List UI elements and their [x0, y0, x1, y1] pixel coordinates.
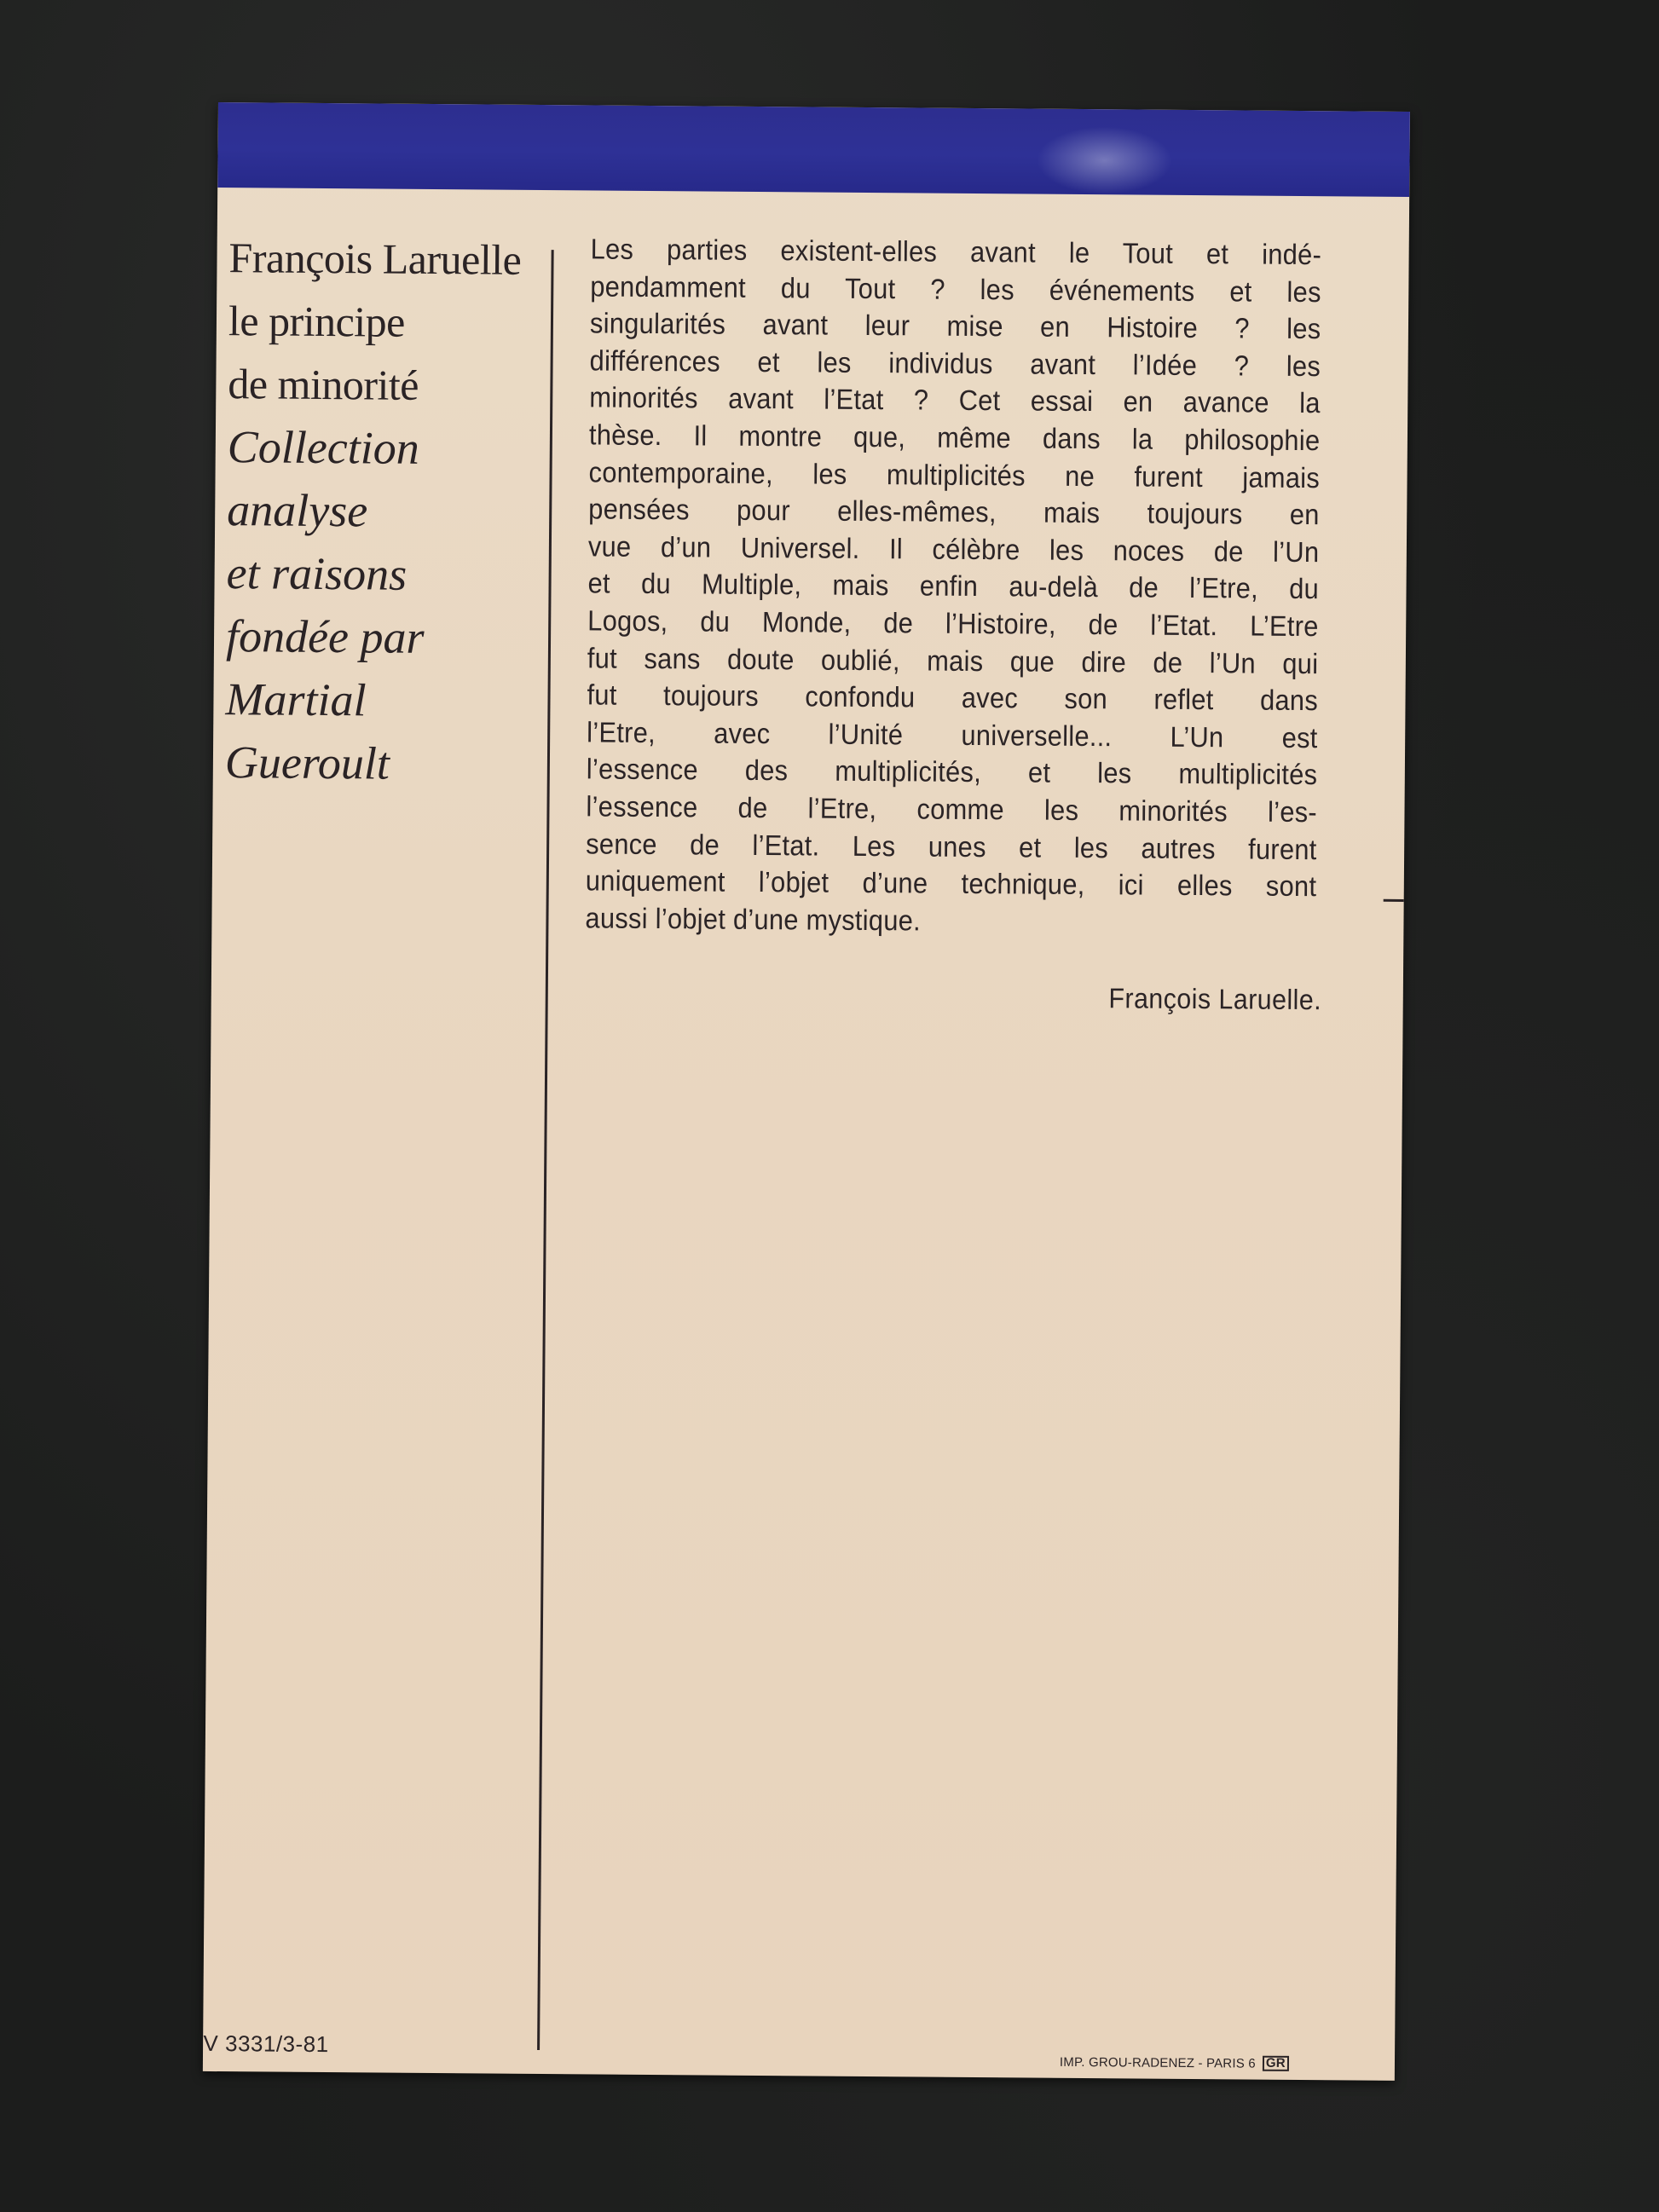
author-name: François Laruelle [228, 226, 553, 292]
blurb-line: l’essence de l’Etre, comme les minorités… [586, 788, 1317, 831]
blurb-line: thèse. Il montre que, même dans la philo… [589, 417, 1321, 459]
collection-line: et raisons [226, 541, 551, 607]
blurb-line: vue d’un Universel. Il célèbre les noces… [588, 528, 1320, 571]
edge-tick-mark [1384, 899, 1404, 902]
book-title-line-2: de minorité [228, 352, 552, 418]
blurb-line: fut toujours confondu avec son reflet da… [587, 678, 1318, 720]
blurb-line: aussi l’objet d’une mystique. [585, 900, 1316, 943]
blurb-line: Les parties existent-elles avant le Tout… [590, 231, 1321, 274]
blue-top-band [217, 102, 1410, 197]
book-back-cover: François Laruelle le principe de minorit… [203, 102, 1410, 2081]
catalog-code: FV 3331/3-81 [203, 2030, 329, 2058]
blurb-text: Les parties existent-elles avant le Tout… [585, 231, 1321, 943]
blurb-line: l’essence des multiplicités, et les mult… [587, 752, 1318, 794]
printer-logo-icon: GR [1263, 2056, 1289, 2071]
blurb-line: différences et les individus avant l’Idé… [589, 343, 1321, 385]
imprint-text: IMP. GROU-RADENEZ - PARIS 6 [1060, 2054, 1256, 2071]
collection-line: analyse [227, 478, 552, 544]
blurb-line: et du Multiple, mais enfin au-delà de l’… [587, 566, 1319, 609]
blurb-line: pendamment du Tout ? les événements et l… [590, 269, 1321, 311]
glare-highlight [1036, 126, 1173, 195]
collection-line: Martial [225, 667, 550, 733]
blurb-line: pensées pour elles-mêmes, mais toujours … [588, 492, 1320, 534]
book-title-line-1: le principe [228, 289, 553, 355]
blurb-line: fut sans doute oublié, mais que dire de … [587, 640, 1319, 683]
printer-imprint: IMP. GROU-RADENEZ - PARIS 6 GR [1060, 2054, 1289, 2071]
blurb-line: minorités avant l’Etat ? Cet essai en av… [589, 380, 1321, 423]
collection-line: Gueroult [225, 731, 550, 796]
collection-line: Collection [228, 415, 552, 481]
collection-line: fondée par [226, 604, 551, 670]
blurb-signature: François Laruelle. [1108, 982, 1321, 1016]
blurb-line: l’Etre, avec l’Unité universelle... L’Un… [587, 714, 1318, 757]
blurb-line: singularités avant leur mise en Histoire… [590, 306, 1321, 349]
blurb-line: uniquement l’objet d’une technique, ici … [586, 863, 1317, 906]
blurb-line: sence de l’Etat. Les unes et les autres … [586, 826, 1317, 869]
blurb-line: Logos, du Monde, de l’Histoire, de l’Eta… [587, 603, 1319, 645]
blurb-line: contemporaine, les multiplicités ne fure… [588, 454, 1320, 497]
title-column: François Laruelle le principe de minorit… [225, 226, 553, 796]
